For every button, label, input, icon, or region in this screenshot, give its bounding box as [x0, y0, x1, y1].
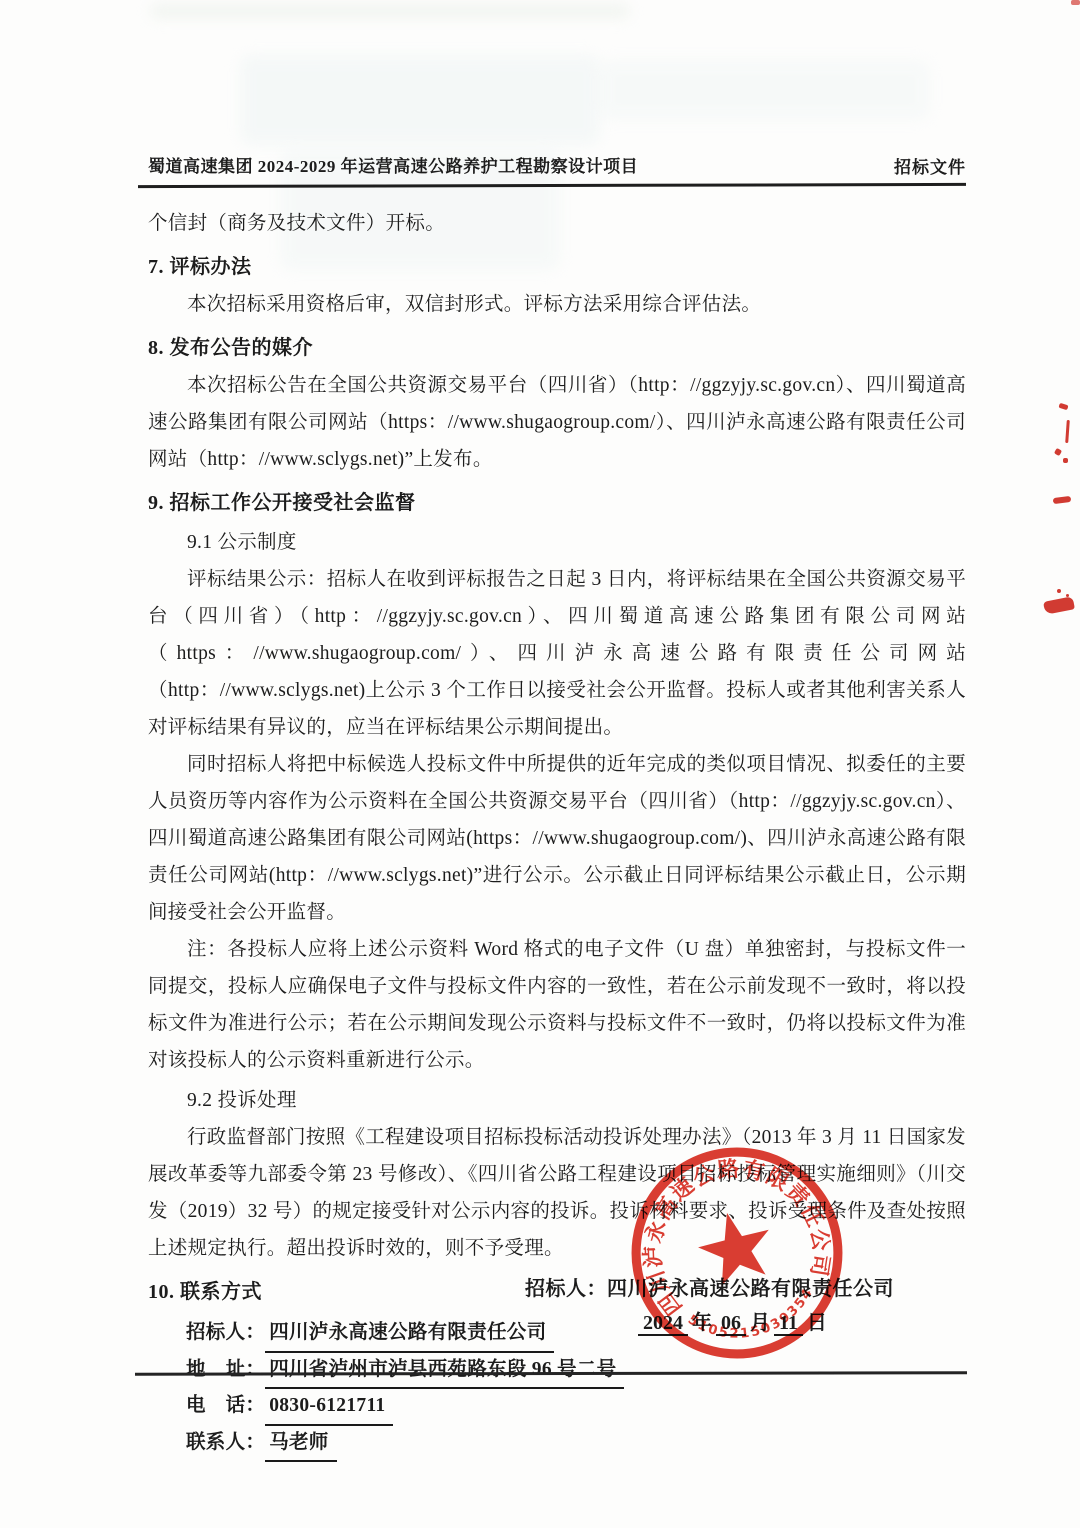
- bleed-through-ghost: [240, 55, 600, 145]
- signature-date: 2024年06月11日: [638, 1306, 831, 1335]
- date-day: 11: [774, 1312, 803, 1336]
- contact-label: 招标人：: [186, 1316, 265, 1351]
- date-month-unit: 月: [746, 1312, 774, 1334]
- date-year: 2024: [638, 1312, 688, 1336]
- contact-row-bidder: 招标人：四川泸永高速公路有限责任公司: [186, 1316, 966, 1353]
- red-ink-mark: [1057, 589, 1061, 593]
- section-9-title: 9. 招标工作公开接受社会监督: [148, 485, 966, 521]
- contact-row-phone: 电 话：0830-6121711: [186, 1389, 966, 1426]
- section-9-2-title: 9.2 投诉处理: [148, 1083, 966, 1119]
- date-year-unit: 年: [688, 1312, 716, 1334]
- red-ink-mark: [1043, 596, 1075, 614]
- section-9-1-paragraph-1: 评标结果公示：招标人在收到评标报告之日起 3 日内，将评标结果在全国公共资源交易…: [148, 561, 966, 746]
- contact-label: 电 话：: [186, 1389, 265, 1424]
- red-ink-mark: [1063, 458, 1068, 463]
- contact-block: 招标人：四川泸永高速公路有限责任公司 地 址：四川省泸州市泸县西苑路东段 96 …: [148, 1316, 966, 1462]
- section-9-1-title: 9.1 公示制度: [148, 525, 966, 561]
- contact-value: 四川省泸州市泸县西苑路东段 96 号二号: [265, 1353, 624, 1390]
- date-day-unit: 日: [803, 1312, 831, 1334]
- section-9-1-paragraph-3: 注：各投标人应将上述公示资料 Word 格式的电子文件（U 盘）单独密封，与投标…: [148, 931, 966, 1079]
- red-ink-mark: [1053, 496, 1072, 504]
- red-ink-mark: [1054, 448, 1062, 456]
- scanned-tender-document-page: { "document": { "header": { "title": "蜀道…: [0, 0, 1080, 1528]
- section-7-title: 7. 评标办法: [148, 249, 966, 285]
- contact-value: 0830-6121711: [265, 1389, 393, 1426]
- red-ink-mark: [1071, 0, 1080, 5]
- project-title: 蜀道高速集团 2024-2029 年运营高速公路养护工程勘察设计项目: [148, 152, 638, 177]
- bleed-through-ghost: [600, 60, 930, 120]
- section-8-title: 8. 发布公告的媒介: [148, 330, 966, 366]
- contact-label: 地 址：: [186, 1353, 265, 1388]
- red-ink-mark: [1058, 403, 1068, 411]
- contact-value: 马老师: [265, 1426, 336, 1463]
- section-9-2-paragraph: 行政监督部门按照《工程建设项目招标投标活动投诉处理办法》（2013 年 3 月 …: [148, 1119, 966, 1267]
- contact-label: 联系人：: [186, 1426, 265, 1461]
- red-ink-mark: [1065, 420, 1070, 443]
- section-9-1-paragraph-2: 同时招标人将把中标候选人投标文件中所提供的近年完成的类似项目情况、拟委任的主要人…: [148, 746, 966, 931]
- document-type-label: 招标文件: [894, 153, 966, 178]
- section-8-paragraph: 本次招标公告在全国公共资源交易平台（四川省）（http：//ggzyjy.sc.…: [148, 367, 966, 478]
- intro-line: 个信封（商务及技术文件）开标。: [148, 205, 966, 242]
- section-7-paragraph: 本次招标采用资格后审，双信封形式。评标方法采用综合评估法。: [148, 286, 966, 323]
- contact-value: 四川泸永高速公路有限责任公司: [265, 1316, 554, 1353]
- date-month: 06: [716, 1312, 746, 1336]
- signature-bidder-line: 招标人：四川泸永高速公路有限责任公司: [525, 1272, 894, 1301]
- contact-row-person: 联系人：马老师: [186, 1426, 966, 1463]
- page-header: 蜀道高速集团 2024-2029 年运营高速公路养护工程勘察设计项目 招标文件: [148, 152, 966, 177]
- bleed-through-ghost: [150, 4, 630, 18]
